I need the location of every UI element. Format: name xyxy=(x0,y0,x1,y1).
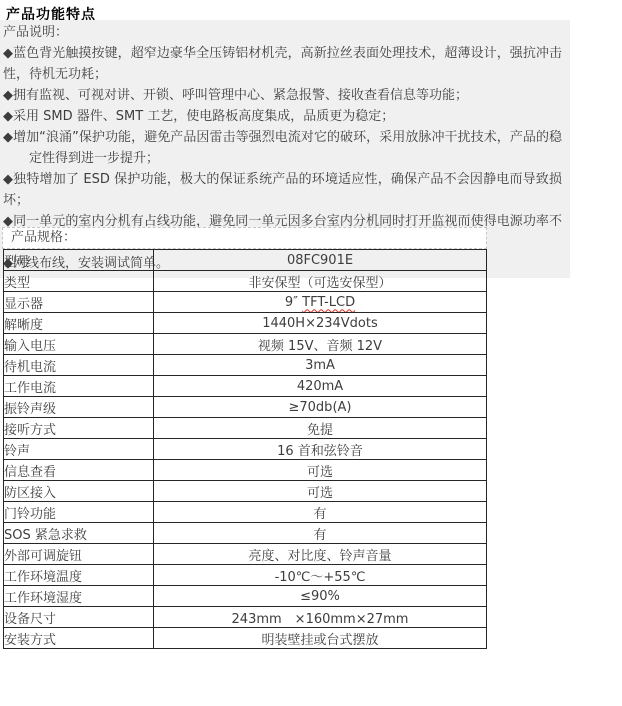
spec-value: 3mA xyxy=(154,355,487,376)
table-row: SOS 紧急求救有 xyxy=(4,523,487,544)
spec-heading: 产品规格： xyxy=(11,230,76,245)
feature-bullet: ◆独特增加了 ESD 保护功能，极大的保证系统产品的环境适应性，确保产品不会因静… xyxy=(3,169,562,211)
table-row: 门铃功能有 xyxy=(4,502,487,523)
table-row: 解晰度1440H×234Vdots xyxy=(4,313,487,334)
feature-bullet: ◆蓝色背光触摸按键，超窄边豪华全压铸铝材机壳，高新拉丝表面处理技术，超薄设计，强… xyxy=(3,43,562,85)
spec-value: 有 xyxy=(154,502,487,523)
spec-value: 可选 xyxy=(154,460,487,481)
spellcheck-underlined-text: TFT-LCD xyxy=(302,295,355,310)
spec-value: 明装壁挂或台式摆放 xyxy=(154,628,487,649)
table-row: 接听方式免提 xyxy=(4,418,487,439)
feature-bullet: ◆拥有监视、可视对讲、开锁、呼叫管理中心、紧急报警、接收查看信息等功能； xyxy=(3,85,562,106)
spec-value: 非安保型（可选安保型） xyxy=(154,271,487,292)
spec-table-body: 型号08FC901E类型非安保型（可选安保型）显示器9″ TFT-LCD解晰度1… xyxy=(4,250,487,649)
spec-value: 有 xyxy=(154,523,487,544)
spec-label: 设备尺寸 xyxy=(4,607,154,628)
table-row: 工作环境湿度≤90% xyxy=(4,586,487,607)
spec-value: 16 首和弦铃音 xyxy=(154,439,487,460)
table-row: 工作电流420mA xyxy=(4,376,487,397)
spec-label: 振铃声级 xyxy=(4,397,154,418)
table-row: 型号08FC901E xyxy=(4,250,487,271)
spec-value: 亮度、对比度、铃声音量 xyxy=(154,544,487,565)
spec-label: 待机电流 xyxy=(4,355,154,376)
table-row: 防区接入可选 xyxy=(4,481,487,502)
table-row: 外部可调旋钮亮度、对比度、铃声音量 xyxy=(4,544,487,565)
spec-value: 视频 15V、音频 12V xyxy=(154,334,487,355)
spec-label: 门铃功能 xyxy=(4,502,154,523)
table-row: 输入电压视频 15V、音频 12V xyxy=(4,334,487,355)
description-heading: 产品说明： xyxy=(3,22,562,43)
spec-value: ≥70db(A) xyxy=(154,397,487,418)
feature-bullet: ◆采用 SMD 器件、SMT 工艺，使电路板高度集成，品质更为稳定； xyxy=(3,106,562,127)
spec-label: 类型 xyxy=(4,271,154,292)
spec-label: 安装方式 xyxy=(4,628,154,649)
spec-label: 型号 xyxy=(4,250,154,271)
spec-table: 型号08FC901E类型非安保型（可选安保型）显示器9″ TFT-LCD解晰度1… xyxy=(3,249,487,649)
spec-value: -10℃～+55℃ xyxy=(154,565,487,586)
feature-bullet: ◆增加“浪涌”保护功能，避免产品因雷击等强烈电流对它的破环，采用放脉冲干扰技术，… xyxy=(3,127,562,169)
table-row: 振铃声级≥70db(A) xyxy=(4,397,487,418)
table-row: 工作环境温度-10℃～+55℃ xyxy=(4,565,487,586)
table-row: 类型非安保型（可选安保型） xyxy=(4,271,487,292)
table-row: 信息查看可选 xyxy=(4,460,487,481)
spec-label: 输入电压 xyxy=(4,334,154,355)
spec-label: 接听方式 xyxy=(4,418,154,439)
spec-label: 信息查看 xyxy=(4,460,154,481)
spec-value: 08FC901E xyxy=(154,250,487,271)
spec-value-prefix: 9″ xyxy=(285,295,302,310)
table-row: 待机电流3mA xyxy=(4,355,487,376)
table-row: 显示器9″ TFT-LCD xyxy=(4,292,487,313)
spec-value: 420mA xyxy=(154,376,487,397)
table-row: 设备尺寸243mm ×160mm×27mm xyxy=(4,607,487,628)
spec-label: 工作电流 xyxy=(4,376,154,397)
spec-label: 解晰度 xyxy=(4,313,154,334)
spec-label: 工作环境湿度 xyxy=(4,586,154,607)
spec-value: 9″ TFT-LCD xyxy=(154,292,487,313)
spec-heading-box: 产品规格： xyxy=(2,227,487,249)
spec-label: 铃声 xyxy=(4,439,154,460)
spec-label: 工作环境温度 xyxy=(4,565,154,586)
spec-label: 防区接入 xyxy=(4,481,154,502)
table-row: 安装方式明装壁挂或台式摆放 xyxy=(4,628,487,649)
spec-label: 外部可调旋钮 xyxy=(4,544,154,565)
spec-label: SOS 紧急求救 xyxy=(4,523,154,544)
spec-value: 免提 xyxy=(154,418,487,439)
spec-value: 243mm ×160mm×27mm xyxy=(154,607,487,628)
table-row: 铃声16 首和弦铃音 xyxy=(4,439,487,460)
spec-value: 1440H×234Vdots xyxy=(154,313,487,334)
spec-value: ≤90% xyxy=(154,586,487,607)
spec-value: 可选 xyxy=(154,481,487,502)
spec-label: 显示器 xyxy=(4,292,154,313)
